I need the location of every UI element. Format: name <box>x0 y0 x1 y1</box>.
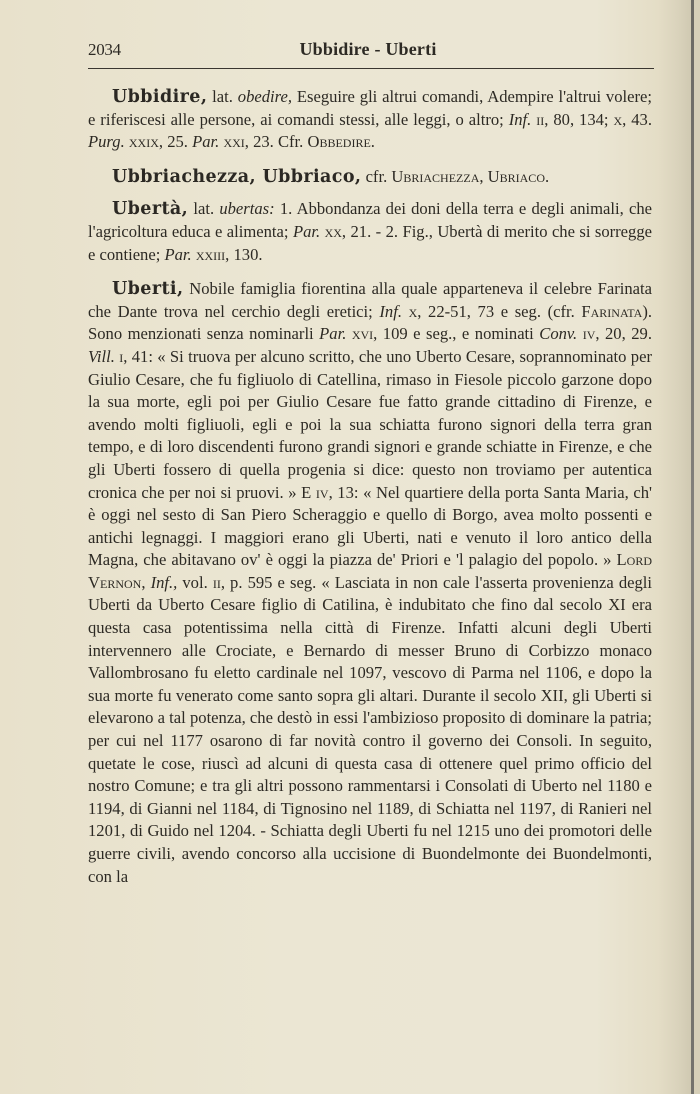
text: , 109 e seg., e nominati <box>373 324 539 343</box>
text <box>402 302 409 321</box>
text: . <box>371 132 375 151</box>
text: , 43. <box>622 110 652 129</box>
roman-numeral: XXIX <box>129 132 159 151</box>
italic-text: Par. <box>319 324 346 343</box>
page-edge-shadow <box>694 0 700 1094</box>
italic-text: Par. <box>192 132 219 151</box>
entry-uberta: Ubertà, lat. ubertas: 1. Abbondanza dei … <box>88 198 652 266</box>
text: , <box>141 573 150 592</box>
text: vol. <box>177 573 213 592</box>
entry-definition: cfr. Ubriachezza, Ubriaco. <box>361 167 549 186</box>
roman-numeral: IV <box>583 324 596 343</box>
italic-text: Par. <box>164 245 191 264</box>
italic-text: Purg. <box>88 132 125 151</box>
text: , 20, 29. <box>595 324 652 343</box>
text: , 25. <box>159 132 192 151</box>
italic-text: ubertas: <box>219 199 274 218</box>
headword: Ubbriachezza, Ubbriaco, <box>112 167 361 187</box>
text: . <box>545 167 549 186</box>
entry-ubbriachezza: Ubbriachezza, Ubbriaco, cfr. Ubriachezza… <box>88 166 652 189</box>
roman-numeral: XXI <box>223 132 244 151</box>
roman-numeral: X <box>409 302 418 321</box>
roman-numeral: XVI <box>352 324 373 343</box>
headword: Uberti, <box>112 279 183 299</box>
small-caps-text: Ubriaco <box>488 167 545 186</box>
roman-numeral: XX <box>325 222 342 241</box>
text: , 22-51, 73 e seg. (cfr. <box>417 302 581 321</box>
italic-text: Inf., <box>151 573 178 592</box>
small-caps-text: Farinata <box>581 302 642 321</box>
book-page: 2034 Ubbidire - Uberti Ubbidire, lat. ob… <box>0 0 700 1094</box>
text: lat. <box>207 87 237 106</box>
italic-text: obedire, <box>238 87 292 106</box>
italic-text: Conv. <box>539 324 577 343</box>
text: , p. 595 e seg. « Lasciata in non cale l… <box>88 573 652 886</box>
italic-text: Inf. <box>379 302 402 321</box>
roman-numeral: IV <box>316 483 329 502</box>
text: , 130. <box>225 245 262 264</box>
headword: Ubertà, <box>112 199 188 219</box>
entry-uberti: Uberti, Nobile famiglia fiorentina alla … <box>88 278 652 888</box>
text: , 41: « Si truova per alcuno scritto, ch… <box>88 347 652 502</box>
roman-numeral: II <box>213 573 221 592</box>
headword: Ubbidire, <box>112 87 207 107</box>
page-header: 2034 Ubbidire - Uberti <box>88 38 648 68</box>
roman-numeral: X <box>613 110 622 129</box>
entry-definition: Nobile famiglia fiorentina alla quale ap… <box>88 279 652 885</box>
roman-numeral: XXIII <box>196 245 225 264</box>
text: , 23. Cfr. <box>245 132 308 151</box>
italic-text: Inf. <box>509 110 532 129</box>
text: lat. <box>188 199 219 218</box>
text: cfr. <box>361 167 391 186</box>
small-caps-text: Ubriachezza <box>391 167 479 186</box>
text: , 80, 134; <box>544 110 613 129</box>
header-rule <box>88 68 654 69</box>
text: , <box>479 167 487 186</box>
page-binding-edge <box>691 0 694 1094</box>
dictionary-body: Ubbidire, lat. obedire, Eseguire gli alt… <box>88 86 652 900</box>
running-title: Ubbidire - Uberti <box>88 39 648 60</box>
italic-text: Vill. <box>88 347 115 366</box>
small-caps-text: Obbedire <box>307 132 370 151</box>
italic-text: Par. <box>293 222 320 241</box>
entry-ubbidire: Ubbidire, lat. obedire, Eseguire gli alt… <box>88 86 652 154</box>
